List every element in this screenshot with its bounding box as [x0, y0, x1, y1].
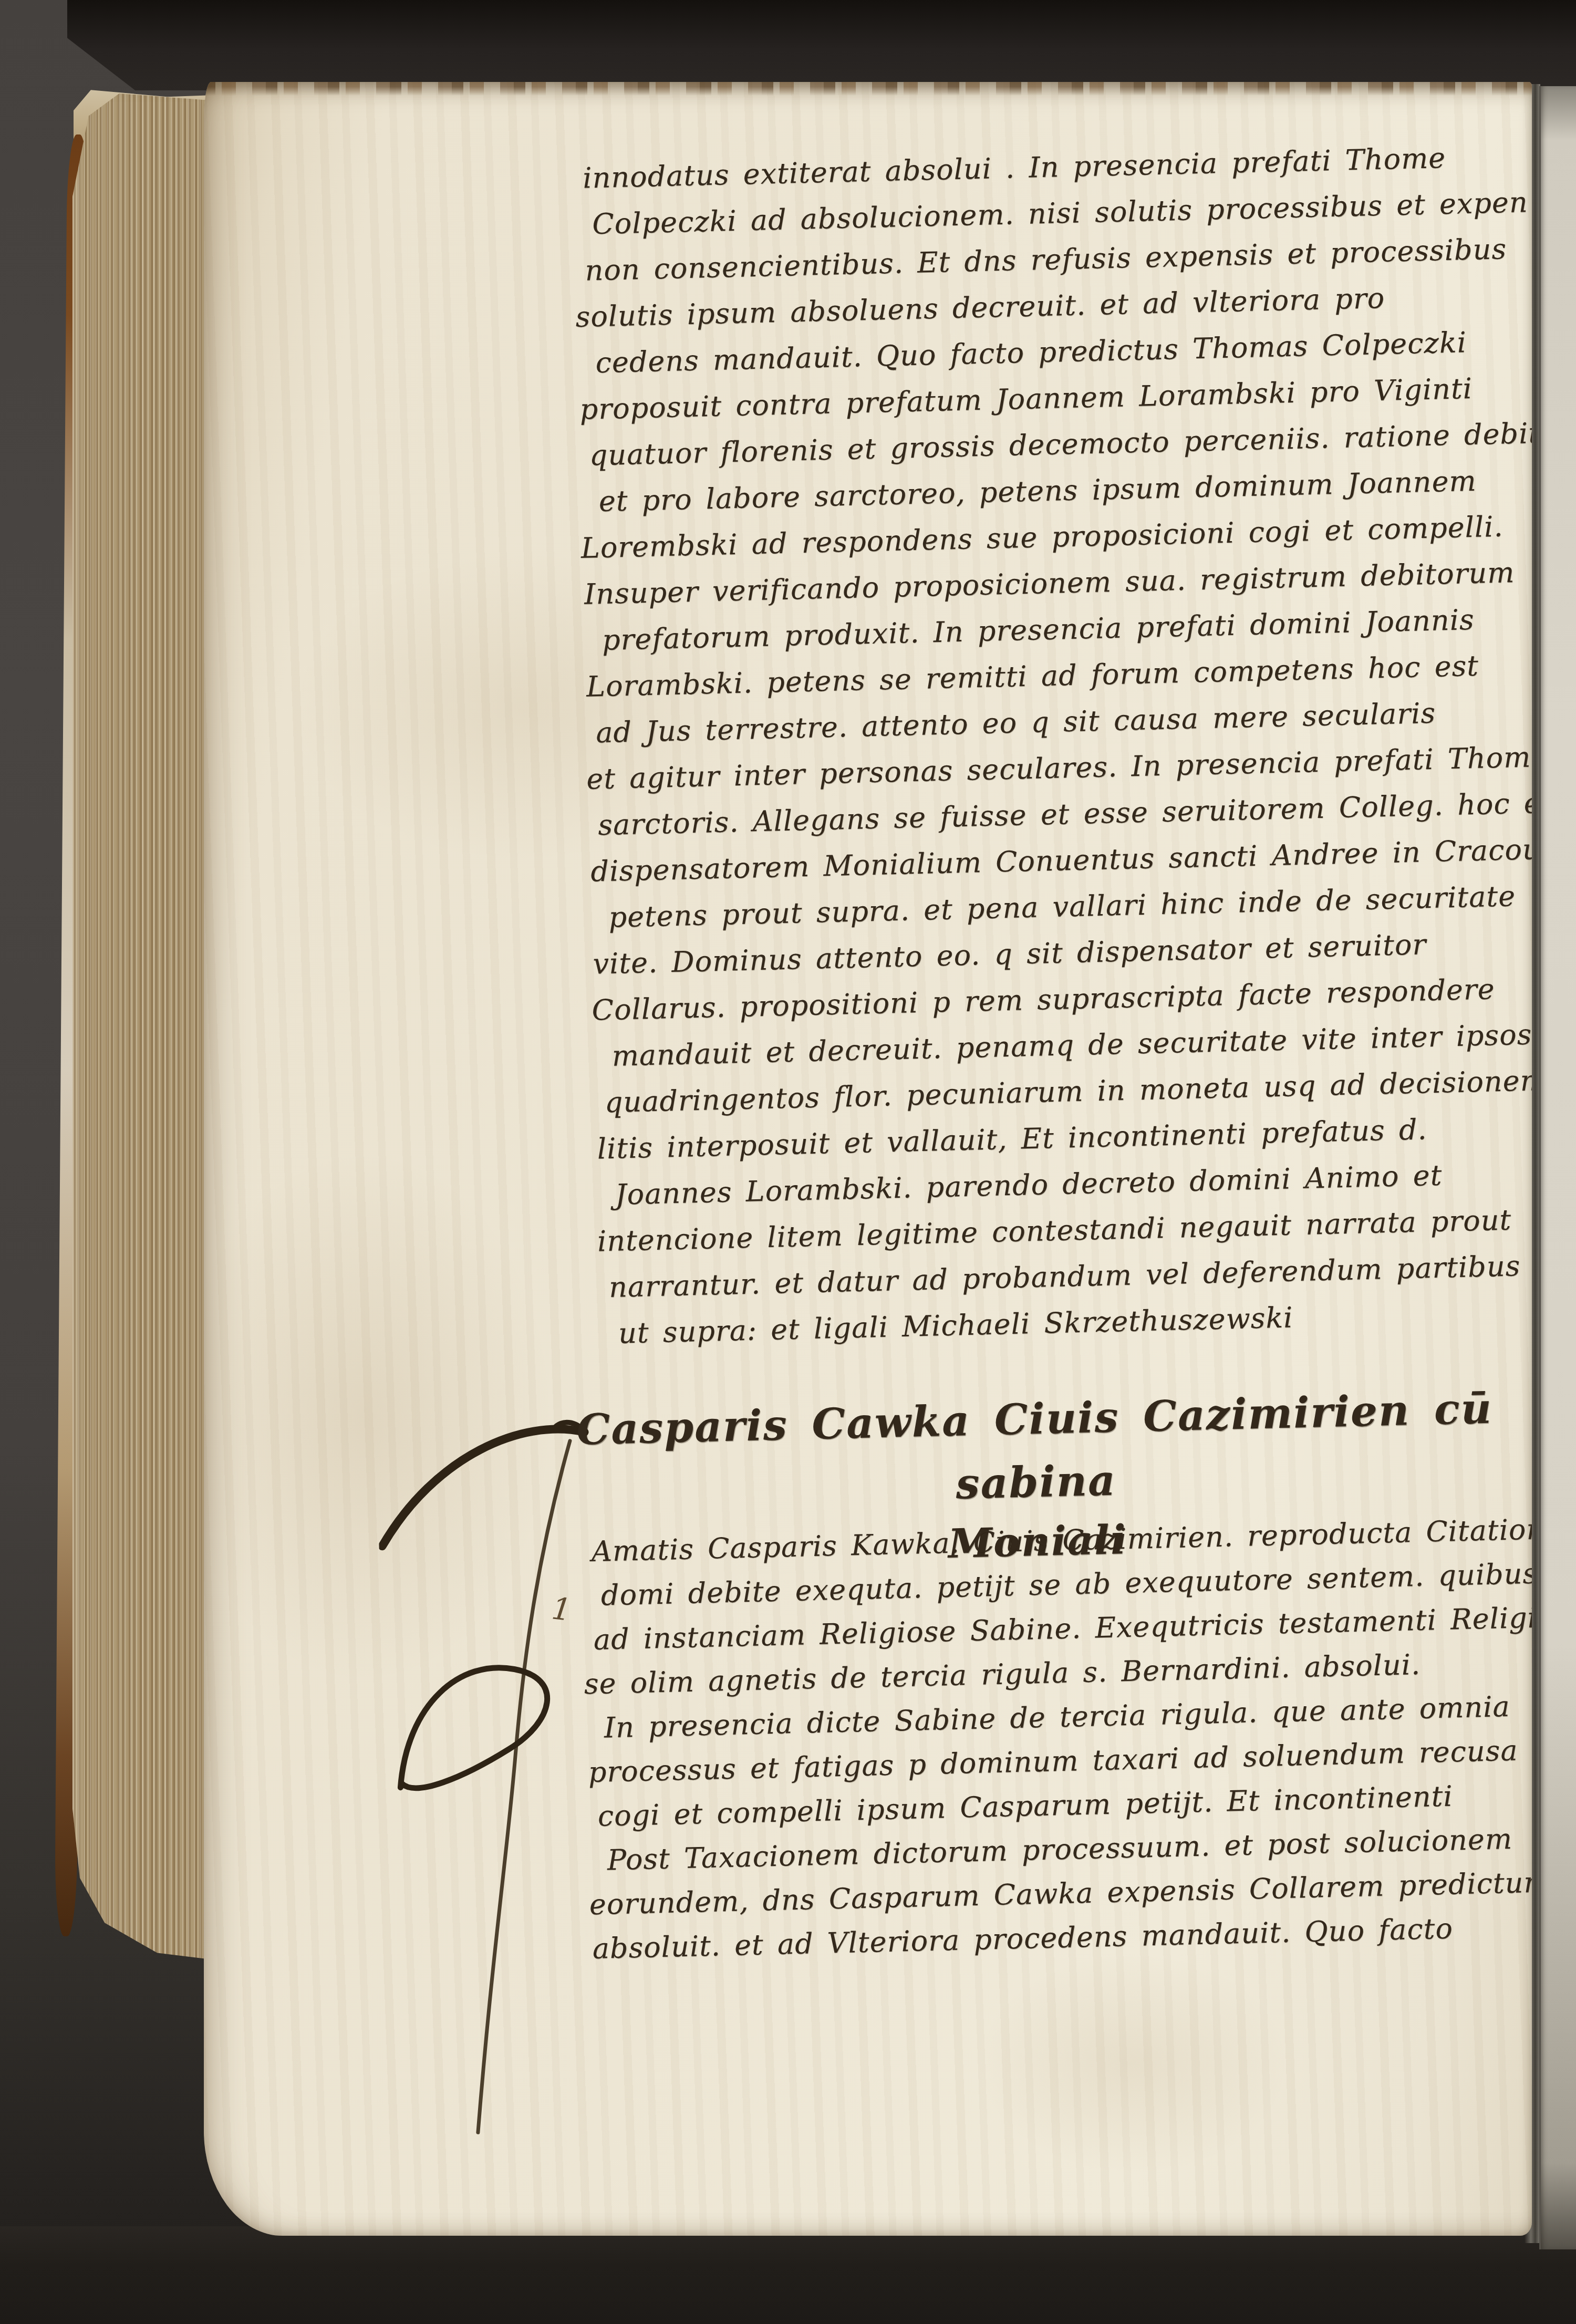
ink-layer: innodatus extiterat absolui . In presenc…: [204, 82, 1532, 2236]
background-shadow-band: [0, 2226, 1576, 2324]
entry-text-block: Amatis Casparis Kawka. Ciuis Cazimirien.…: [583, 1507, 1532, 1971]
heading-line-1: Casparis Cawka Ciuis Cazimirien cū sabin…: [516, 1375, 1532, 1526]
book-cover-black-band: [67, 0, 1576, 90]
page-stack-fore-edge: [72, 94, 219, 1968]
margin-digit: 1: [550, 1590, 574, 1628]
manuscript-scan: innodatus extiterat absolui . In presenc…: [0, 0, 1576, 2324]
body-text-block: innodatus extiterat absolui . In presenc…: [574, 132, 1532, 1357]
adjacent-page-edge: [1539, 86, 1576, 2249]
manuscript-page: innodatus extiterat absolui . In presenc…: [204, 82, 1532, 2236]
